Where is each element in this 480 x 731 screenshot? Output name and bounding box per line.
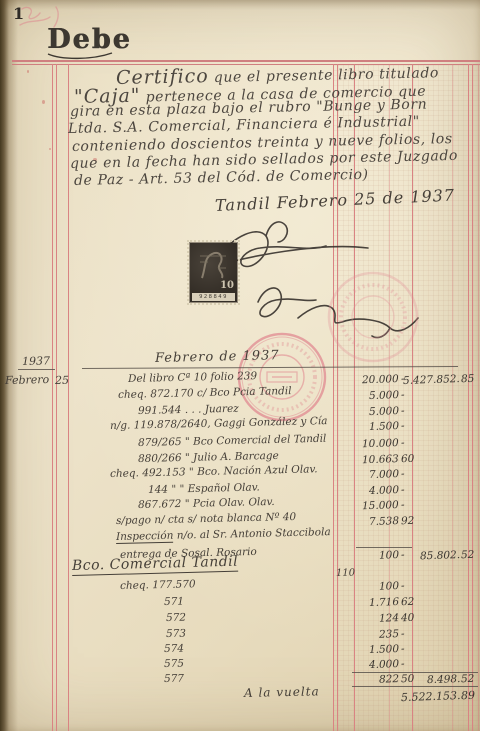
carry-total-pesos: 5.522.153. (400, 689, 460, 704)
row-text: 573 (166, 628, 186, 640)
ledger-amount: 822 (379, 673, 399, 686)
ledger-amount: 40 (401, 612, 415, 624)
ledger-row-description: 574 (164, 643, 184, 655)
ledger-amount: 15.000 (362, 499, 399, 512)
row-text: cheq. 177.570 (120, 578, 196, 592)
ledger-amount: 4.000 (369, 484, 399, 497)
ledger-amount: 1.500 (369, 643, 399, 656)
page-edge-rule (478, 64, 479, 731)
ledger-amount: 52 (461, 673, 475, 685)
ledger-amount: - (401, 580, 405, 592)
ledger-amount: - (401, 643, 405, 655)
ink-speck (49, 148, 51, 150)
ledger-amount: 124 (379, 612, 399, 625)
round-ink-stamp-icon (326, 270, 420, 364)
ledger-amount: 50 (401, 673, 415, 685)
ledger-amount: 85 (461, 373, 475, 385)
carry-forward-label: A la vuelta (244, 684, 320, 700)
ledger-row-description: 144 " " Español Olav. (148, 481, 260, 496)
ledger-row-description: 867.672 " Pcia Olav. Olav. (138, 496, 275, 511)
ledger-amount: - (401, 484, 405, 496)
row-text: n/o. al Sr. Antonio Staccibola (173, 526, 330, 542)
ledger-amount: 7.538 (369, 515, 399, 528)
ledger-amount: - (401, 499, 405, 511)
ledger-row-description: n/g. 119.878/2640, Gaggi González y Cía (110, 415, 328, 432)
ledger-amount: 52 (461, 549, 475, 561)
ledger-amount: 100 (379, 549, 399, 562)
sum-rule-top (352, 672, 478, 673)
year-underline (18, 369, 55, 370)
ledger-row-description: cheq. 492.153 " Bco. Nación Azul Olav. (110, 463, 318, 480)
ledger-amount: 1.716 (369, 596, 399, 609)
row-text: 577 (164, 673, 184, 685)
ledger-row-description: 991.544 . . . Juarez (138, 403, 239, 417)
ledger-row-description: 573 (166, 628, 186, 640)
ledger-day: 25 (55, 374, 69, 387)
ledger-amount: 62 (401, 596, 415, 608)
row-text: 575 (164, 658, 184, 670)
ledger-amount: 85.802. (420, 549, 460, 562)
ledger-amount: - (401, 468, 405, 480)
ledger-row-description: s/pago n/ cta s/ nota blanca Nº 40 (116, 511, 296, 527)
ledger-amount: 5.000 (369, 389, 399, 402)
ledger-amount: 20.000 (362, 373, 399, 386)
column-rule (468, 64, 469, 731)
stamp-value: 10 (220, 280, 234, 291)
ledger-amount: 10.000 (362, 437, 399, 450)
ledger-amount: 7.000 (369, 468, 399, 481)
stamp-serial: 928849 (192, 293, 235, 301)
ledger-amount: - (401, 405, 405, 417)
ledger-row-description: 571 (164, 596, 184, 608)
row-text: 572 (166, 612, 186, 624)
certificate-date: Tandil Febrero 25 de 1937 (215, 186, 456, 215)
section-title: Bco. Comercial Tandil (72, 554, 239, 576)
ledger-amount: - (401, 420, 405, 432)
ledger-amount: - (401, 549, 405, 561)
subtotal-rule (356, 547, 412, 548)
row-text: s/pago n/ cta s/ nota blanca Nº 40 (116, 511, 296, 527)
ledger-amount: 10.663 (362, 453, 399, 466)
cents-divider-rule (452, 64, 453, 731)
row-text: 571 (164, 596, 184, 608)
ledger-amount: - (401, 658, 405, 670)
ledger-amount: 8.498. (426, 673, 460, 686)
row-text: cheq. 492.153 " Bco. Nación Azul Olav. (110, 463, 318, 480)
ledger-year: 1937 (22, 354, 50, 368)
ink-speck (42, 100, 45, 104)
carry-total-cents: 89 (461, 689, 475, 702)
row-text: 880/266 " Julio A. Barcage (138, 450, 279, 465)
ledger-amount: - (401, 628, 405, 640)
ledger-row-description: 880/266 " Julio A. Barcage (138, 450, 279, 465)
underlined-word: Inspección (116, 530, 174, 544)
column-rule (68, 64, 69, 731)
ledger-amount: 5.000 (369, 405, 399, 418)
row-text: 144 " " Español Olav. (148, 481, 260, 496)
ledger-amount: - (401, 389, 405, 401)
sum-rule-bottom (352, 686, 478, 687)
ledger-amount: 4.000 (369, 658, 399, 671)
ledger-row-description: cheq. 177.570 (120, 578, 196, 592)
ledger-amount: 1.500 (369, 420, 399, 433)
ledger-page: 1 Debe Certifico que el presente libro t… (0, 0, 480, 731)
ledger-row-description: Inspección n/o. al Sr. Antonio Staccibol… (116, 526, 331, 543)
row-text: 574 (164, 643, 184, 655)
column-rule (472, 64, 473, 731)
ledger-amount: 60 (401, 453, 415, 465)
row-text: 879/265 " Bco Comercial del Tandil (138, 433, 327, 449)
ledger-amount: - (401, 437, 405, 449)
folio-reference: 110 (336, 568, 355, 579)
ledger-row-description: 577 (164, 673, 184, 685)
ledger-row-description: 879/265 " Bco Comercial del Tandil (138, 433, 327, 449)
ledger-row-description: 575 (164, 658, 184, 670)
row-text: n/g. 119.878/2640, Gaggi González y Cía (110, 415, 328, 432)
book-binding-edge (0, 0, 20, 731)
row-text: 991.544 . . . Juarez (138, 403, 239, 417)
revenue-stamp: 10 928849 (190, 243, 237, 302)
ledger-amount: 92 (401, 515, 415, 527)
ledger-amount: 5.427.852. (403, 373, 460, 387)
row-text: 867.672 " Pcia Olav. Olav. (138, 496, 275, 511)
ledger-month: Febrero (5, 373, 50, 387)
ink-speck (27, 70, 29, 73)
ledger-amount: 100 (379, 580, 399, 593)
ledger-month-header: Febrero de 1937 (155, 348, 280, 366)
ledger-row-description: 572 (166, 612, 186, 624)
column-rule (52, 64, 53, 731)
column-rule (56, 64, 57, 731)
page-top-shadow (0, 0, 480, 10)
ledger-amount: 235 (379, 628, 399, 641)
